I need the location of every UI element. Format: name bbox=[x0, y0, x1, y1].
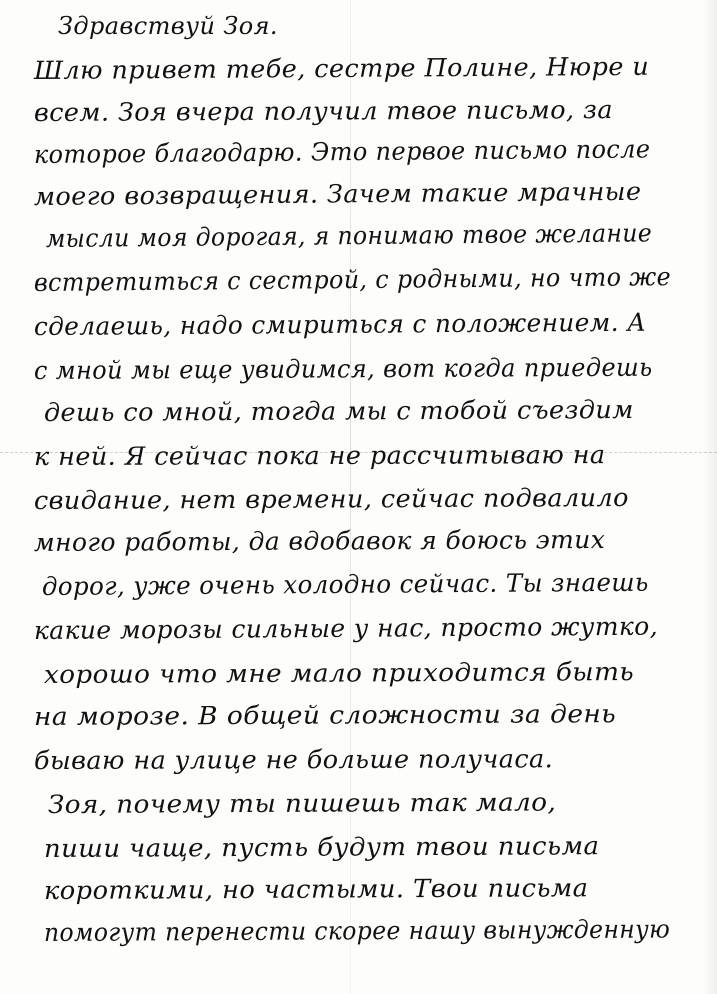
letter-line-10: к ней. Я сейчас пока не рассчитываю на bbox=[34, 440, 606, 471]
letter-line-11: свидание, нет времени, сейчас подвалило bbox=[34, 483, 629, 515]
scan-edge-shadow bbox=[703, 0, 717, 994]
letter-line-9: дешь со мной, тогда мы с тобой съездим bbox=[44, 395, 634, 427]
letter-line-18: Зоя, почему ты пишешь так мало, bbox=[48, 787, 556, 819]
letter-line-4: моего возвращения. Зачем такие мрачные bbox=[34, 177, 642, 211]
letter-line-2: всем. Зоя вчера получил твое письмо, за bbox=[34, 95, 613, 127]
letter-line-19: пиши чаще, пусть будут твои письма bbox=[44, 831, 600, 863]
letter-line-12: много работы, да вдобавок я боюсь этих bbox=[34, 525, 605, 557]
letter-line-16: на морозе. В общей сложности за день bbox=[34, 699, 616, 731]
letter-page: Здравствуй Зоя. Шлю привет тебе, сестре … bbox=[0, 0, 717, 994]
letter-line-7: сделаешь, надо смириться с положением. А bbox=[34, 308, 647, 341]
letter-line-5: мысли моя дорогая, я понимаю твое желани… bbox=[46, 218, 652, 253]
letter-greeting: Здравствуй Зоя. bbox=[58, 12, 278, 40]
letter-line-17: бываю на улице не больше получаса. bbox=[34, 744, 553, 775]
letter-line-8: с мной мы еще увидимся, вот когда приеде… bbox=[34, 353, 653, 385]
letter-line-1: Шлю привет тебе, сестре Полине, Нюре и bbox=[34, 52, 649, 85]
letter-line-13: дорог, уже очень холодно сейчас. Ты знае… bbox=[42, 568, 649, 601]
letter-line-20: короткими, но частыми. Твои письма bbox=[44, 873, 589, 905]
letter-line-21: помогут перенести скорее нашу вынужденну… bbox=[44, 915, 670, 947]
letter-line-14: какие морозы сильные у нас, просто жутко… bbox=[34, 612, 658, 645]
letter-line-15: хорошо что мне мало приходится быть bbox=[44, 657, 634, 689]
letter-line-3: которое благодарю. Это первое письмо пос… bbox=[34, 134, 651, 169]
letter-line-6: встретиться с сестрой, с родными, но что… bbox=[34, 262, 671, 297]
